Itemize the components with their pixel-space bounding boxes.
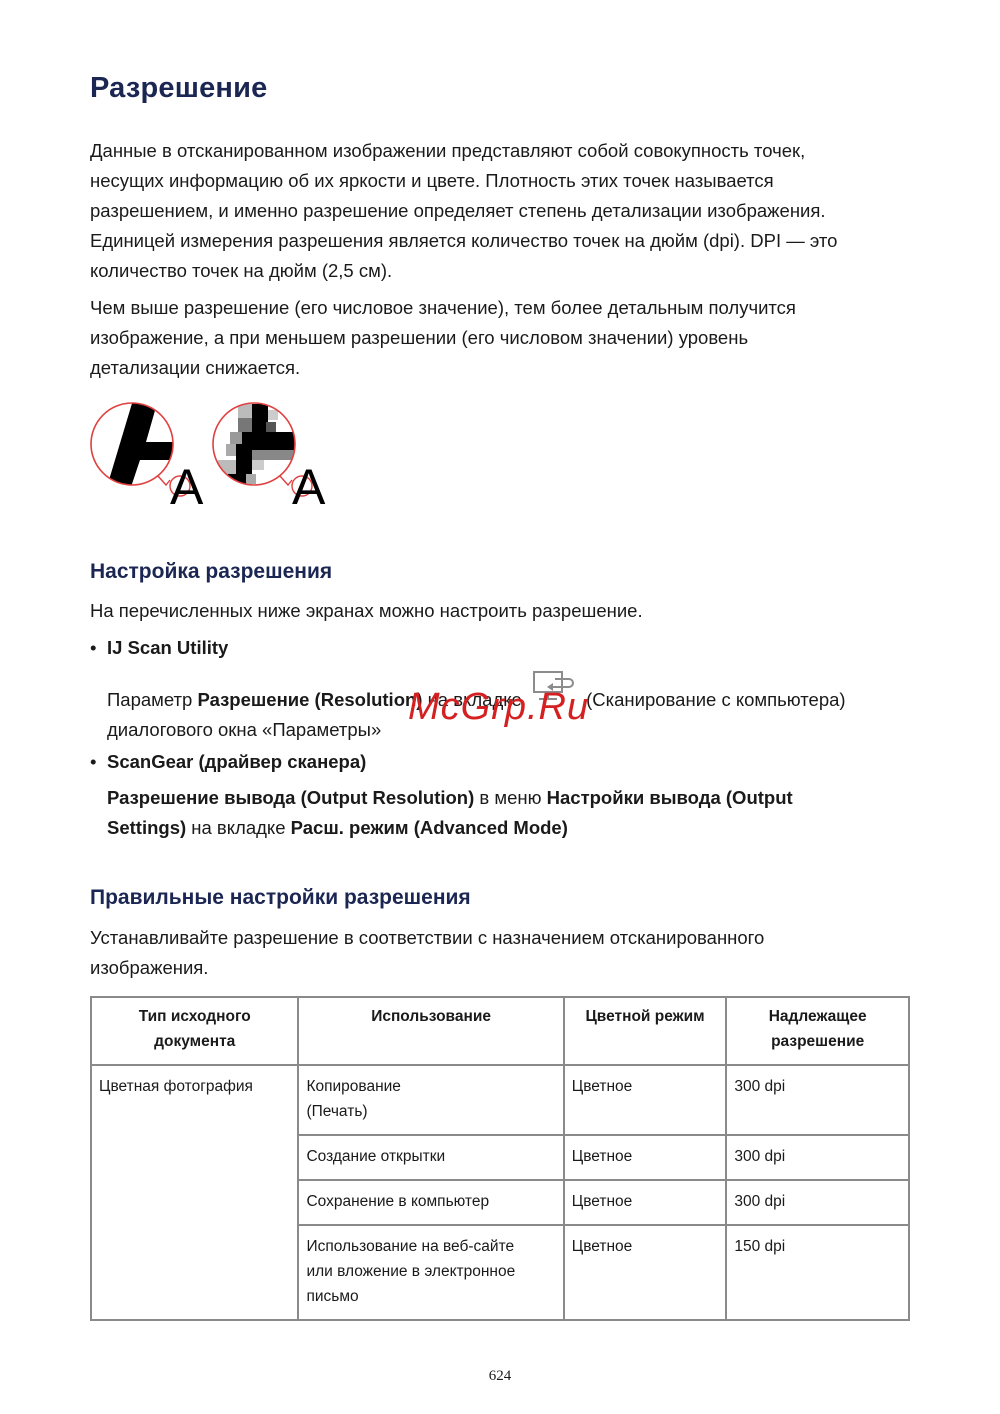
- header-color-mode: Цветной режим: [564, 997, 727, 1065]
- list-item-scangear: •ScanGear (драйвер сканера): [90, 747, 366, 777]
- list-item-title: IJ Scan Utility: [107, 637, 228, 658]
- page-number: 624: [0, 1368, 1000, 1385]
- header-usage: Использование: [298, 997, 563, 1065]
- cell-usage: Сохранение в компьютер: [298, 1180, 563, 1225]
- tab-name-advanced-mode: Расш. режим (Advanced Mode): [291, 817, 568, 838]
- table-row: Цветная фотография Копирование(Печать) Ц…: [91, 1065, 909, 1135]
- text-line: детализации снижается.: [90, 353, 920, 383]
- bullet-icon: •: [90, 633, 107, 663]
- text-line: несущих информацию об их яркости и цвете…: [90, 166, 920, 196]
- list-item-title: ScanGear (драйвер сканера): [107, 751, 366, 772]
- text-span: на вкладке: [422, 689, 521, 710]
- text-line: Settings) на вкладке Расш. режим (Advanc…: [107, 813, 907, 843]
- text-line: Разрешение вывода (Output Resolution) в …: [107, 783, 907, 813]
- correct-settings-lead: Устанавливайте разрешение в соответствии…: [90, 923, 920, 983]
- section-heading-settings: Настройка разрешения: [90, 560, 920, 584]
- cell-resolution: 150 dpi: [726, 1225, 909, 1320]
- scangear-description: Разрешение вывода (Output Resolution) в …: [107, 783, 907, 843]
- resolution-illustration: A A: [88, 400, 338, 508]
- low-resolution-zoom: [208, 400, 300, 490]
- menu-name-output-settings-cont: Settings): [107, 817, 186, 838]
- header-document-type: Тип исходногодокумента: [91, 997, 298, 1065]
- letter-a-pixelated: A: [292, 459, 326, 508]
- text-line: изображения.: [90, 953, 920, 983]
- high-resolution-zoom: [88, 400, 178, 490]
- letter-a-sharp: A: [170, 459, 204, 508]
- text-line: изображение, а при меньшем разрешении (е…: [90, 323, 920, 353]
- cell-resolution: 300 dpi: [726, 1135, 909, 1180]
- bullet-icon: •: [90, 747, 107, 777]
- cell-resolution: 300 dpi: [726, 1065, 909, 1135]
- settings-lead: На перечисленных ниже экранах можно наст…: [90, 596, 920, 626]
- ij-scan-utility-description: Параметр Разрешение (Resolution) на вкла…: [107, 680, 907, 745]
- cell-usage: Использование на веб-сайтеили вложение в…: [298, 1225, 563, 1320]
- text-line: диалогового окна «Параметры»: [107, 715, 907, 745]
- intro-paragraph-1: Данные в отсканированном изображении пре…: [90, 136, 920, 286]
- intro-paragraph-2: Чем выше разрешение (его числовое значен…: [90, 293, 920, 383]
- page-title: Разрешение: [90, 72, 267, 105]
- setting-name-output-resolution: Разрешение вывода (Output Resolution): [107, 787, 474, 808]
- text-span: (Сканирование с компьютера): [581, 689, 846, 710]
- header-resolution: Надлежащееразрешение: [726, 997, 909, 1065]
- table-header-row: Тип исходногодокумента Использование Цве…: [91, 997, 909, 1065]
- cell-resolution: 300 dpi: [726, 1180, 909, 1225]
- text-line: разрешением, и именно разрешение определ…: [90, 196, 920, 226]
- cell-usage: Копирование(Печать): [298, 1065, 563, 1135]
- text-span: на вкладке: [186, 817, 291, 838]
- document-page: Разрешение Данные в отсканированном изоб…: [0, 0, 1000, 1414]
- resolution-table: Тип исходногодокумента Использование Цве…: [90, 996, 910, 1321]
- setting-name-resolution: Разрешение (Resolution): [197, 689, 422, 710]
- menu-name-output-settings: Настройки вывода (Output: [547, 787, 793, 808]
- text-span: Параметр: [107, 689, 197, 710]
- cell-color-mode: Цветное: [564, 1225, 727, 1320]
- cell-usage: Создание открытки: [298, 1135, 563, 1180]
- list-item-ij-scan-utility: •IJ Scan Utility: [90, 633, 228, 663]
- text-line: Параметр Разрешение (Resolution) на вкла…: [107, 680, 907, 715]
- text-line: Единицей измерения разрешения является к…: [90, 226, 920, 256]
- cell-color-mode: Цветное: [564, 1065, 727, 1135]
- cell-color-mode: Цветное: [564, 1180, 727, 1225]
- section-heading-correct-settings: Правильные настройки разрешения: [90, 886, 920, 910]
- text-line: количество точек на дюйм (2,5 см).: [90, 256, 920, 286]
- cell-color-mode: Цветное: [564, 1135, 727, 1180]
- text-line: Данные в отсканированном изображении пре…: [90, 136, 920, 166]
- text-line: Устанавливайте разрешение в соответствии…: [90, 923, 920, 953]
- cell-document-type: Цветная фотография: [91, 1065, 298, 1320]
- text-span: в меню: [474, 787, 546, 808]
- scan-from-computer-icon: [531, 670, 577, 702]
- resolution-comparison-figure: A A: [88, 400, 338, 508]
- text-line: Чем выше разрешение (его числовое значен…: [90, 293, 920, 323]
